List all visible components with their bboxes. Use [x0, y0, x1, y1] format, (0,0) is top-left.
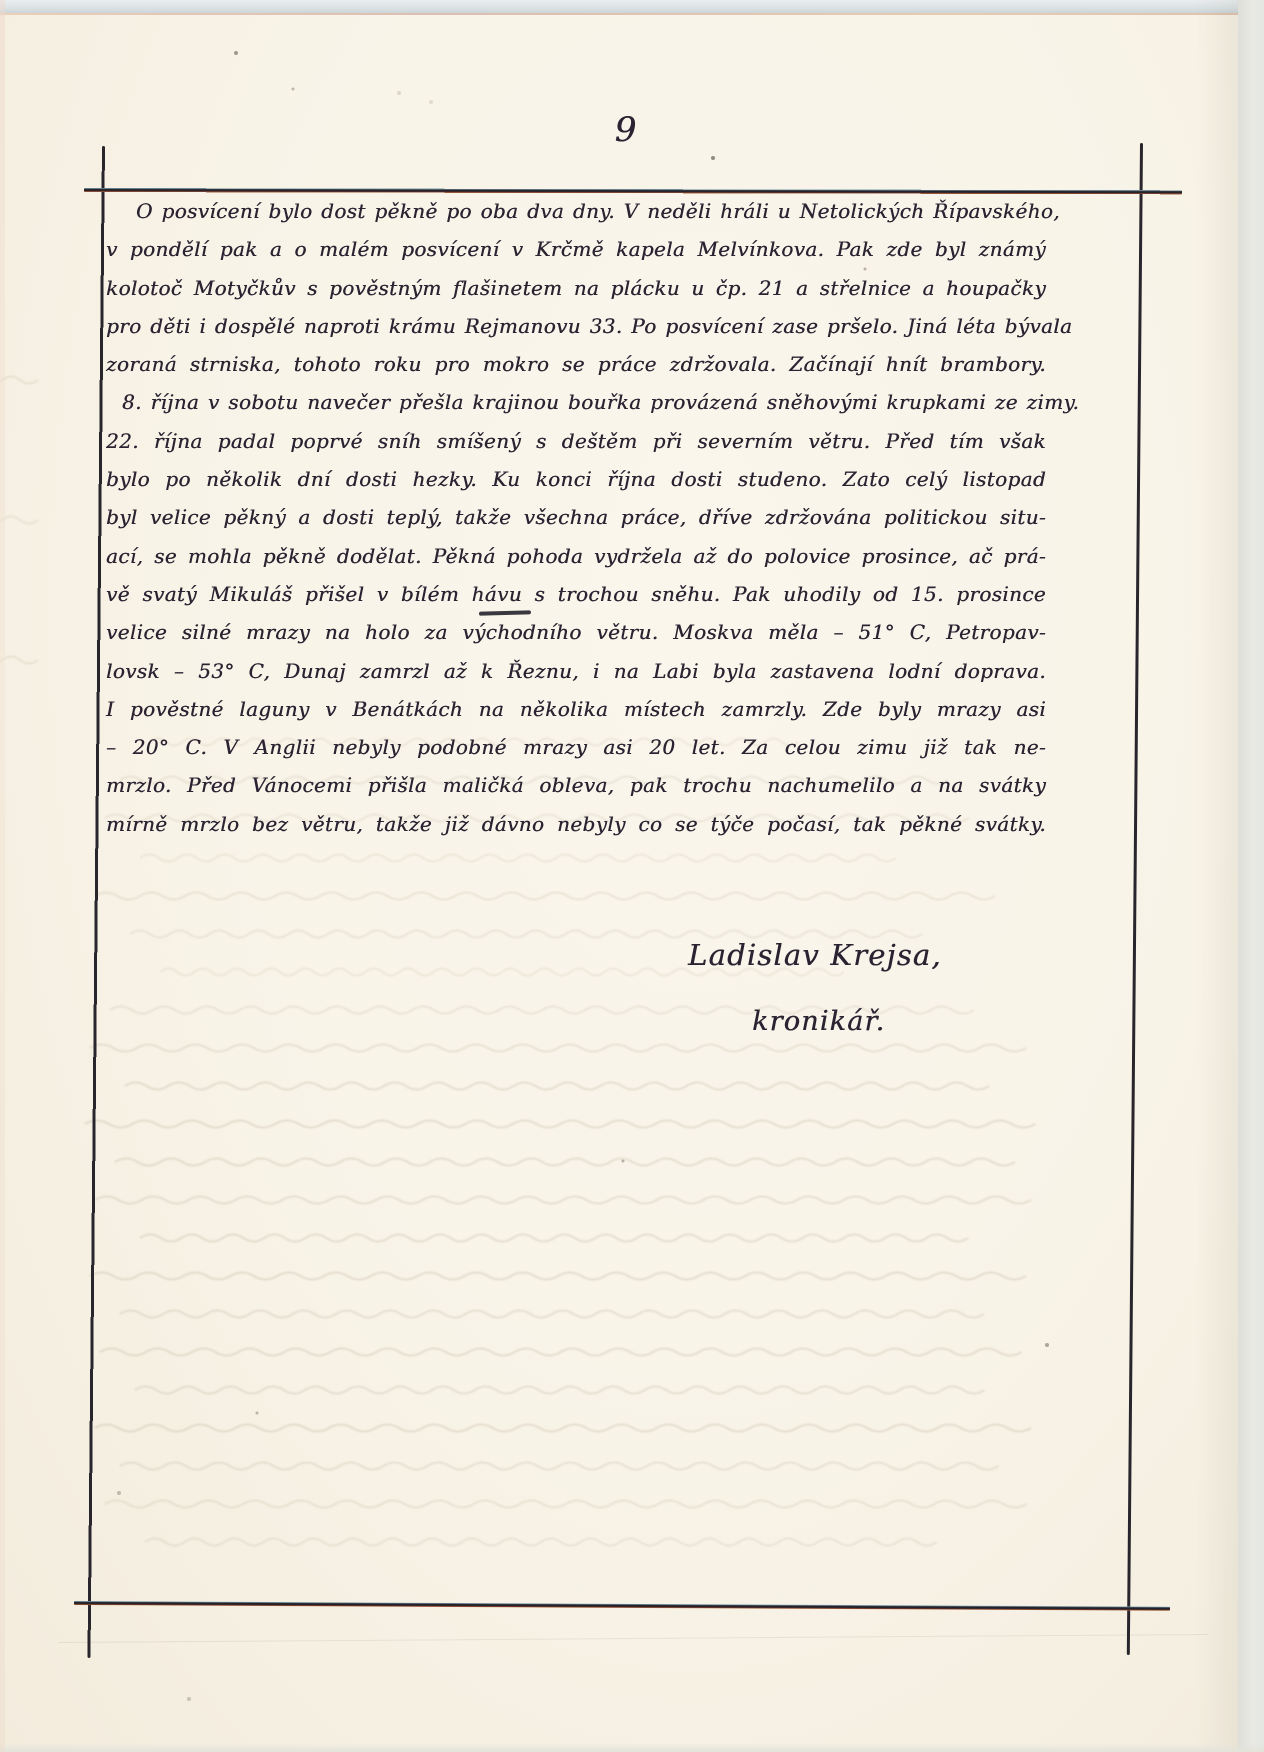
ghost-line: [90, 1273, 1026, 1280]
manuscript-line: ací, se mohla pěkně dodělat. Pěkná pohod…: [106, 537, 1046, 575]
manuscript-line: I pověstné laguny v Benátkách na několik…: [106, 690, 1046, 728]
ghost-line: [0, 517, 38, 524]
scan-edge-left-fringe: [0, 0, 5, 1752]
ghost-line: [100, 1349, 1022, 1356]
ghost-line: [115, 1159, 1015, 1166]
scan-edge-right-shade: [1196, 0, 1238, 1752]
manuscript-text: O posvícení bylo dost pěkně po oba dva d…: [106, 192, 1046, 843]
ghost-line: [145, 1539, 937, 1546]
scan-edge-bottom: [0, 1743, 1264, 1752]
ghost-line: [95, 893, 995, 900]
ghost-line: [105, 1501, 1027, 1508]
ghost-line: [0, 657, 38, 664]
ghost-line: [90, 1045, 1026, 1052]
manuscript-line: 8. října v sobotu navečer přešla krajino…: [106, 383, 1046, 421]
manuscript-line: bylo po několik dní dosti hezky. Ku konc…: [106, 460, 1046, 498]
frame-bottom-rule: [74, 1601, 1170, 1611]
ghost-line: [140, 1235, 968, 1242]
manuscript-line: byl velice pěkný a dosti teplý, takže vš…: [106, 498, 1046, 536]
ghost-line: [85, 1121, 1035, 1128]
paper-crease: [58, 1634, 1208, 1643]
scan-edge-right: [1238, 0, 1264, 1752]
manuscript-line: pro děti i dospělé naproti krámu Rejmano…: [106, 307, 1046, 345]
manuscript-line: kolotoč Motyčkův s pověstným flašinetem …: [106, 269, 1046, 307]
ghost-line: [95, 1425, 1031, 1432]
ghost-line: [125, 1083, 989, 1090]
manuscript-line: – 20° C. V Anglii nebyly podobné mrazy a…: [106, 728, 1046, 766]
manuscript-line: vě svatý Mikuláš přišel v bílém hávu s t…: [106, 575, 1046, 613]
page-number: 9: [596, 110, 656, 150]
manuscript-line: zoraná strniska, tohoto roku pro mokro s…: [106, 345, 1046, 383]
manuscript-line: velice silné mrazy na holo za východního…: [106, 613, 1046, 651]
manuscript-line: 22. října padal poprvé sníh smíšený s de…: [106, 422, 1046, 460]
ghost-line: [0, 377, 38, 384]
scanned-chronicle-page: 9 O posvícení bylo dost pěkně po oba dva…: [0, 0, 1264, 1752]
ghost-line: [95, 1197, 1031, 1204]
scan-edge-top-fringe: [0, 13, 1264, 15]
frame-right-rule: [1127, 143, 1143, 1655]
signature-role: kronikář.: [752, 1006, 885, 1037]
ghost-line: [130, 931, 922, 938]
ghost-line: [140, 855, 896, 862]
manuscript-line: mrzlo. Před Vánocemi přišla maličká oble…: [106, 766, 1046, 804]
manuscript-line: lovsk – 53° C, Dunaj zamrzl až k Řeznu, …: [106, 652, 1046, 690]
frame-left-rule: [87, 146, 105, 1658]
ghost-line: [120, 1311, 984, 1318]
manuscript-line: O posvícení bylo dost pěkně po oba dva d…: [106, 192, 1046, 230]
scan-edge-top: [0, 0, 1264, 13]
manuscript-line: v pondělí pak a o malém posvícení v Krčm…: [106, 230, 1046, 268]
ghost-line: [120, 1463, 998, 1470]
signature-name: Ladislav Krejsa,: [688, 938, 942, 972]
manuscript-line: mírně mrzlo bez větru, takže již dávno n…: [106, 805, 1046, 843]
ghost-line: [135, 1387, 985, 1394]
